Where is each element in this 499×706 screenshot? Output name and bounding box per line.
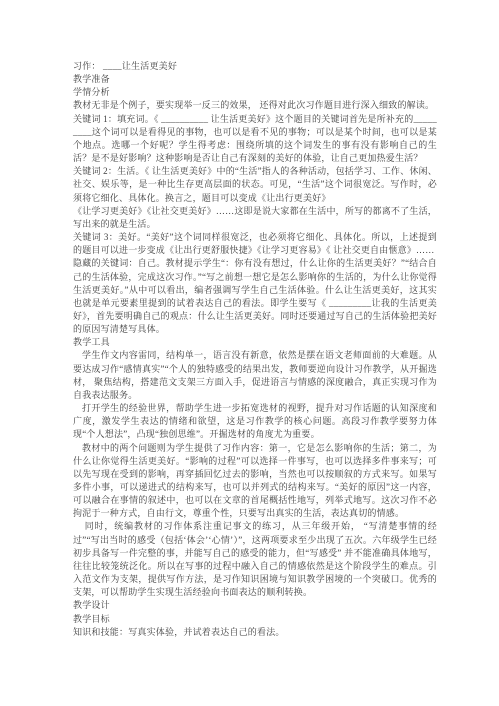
para-textbook-two-questions: 教材中的两个问题则为学生提供了习作内容：第一，它是怎么影响你的生活；第二，为什么… — [73, 442, 437, 521]
document-text-body: 习作： ____让生活更美好 教学准备 学情分析 教材无非是个例子，要实现举一反… — [73, 60, 437, 639]
para-keyword-2-continued: 《让学习更美好》《让社交更美好》……这即是说大家都在生活中，所写的都离不了生活，… — [73, 205, 437, 231]
heading-teaching-prep: 教学准备 — [73, 73, 437, 86]
para-keyword-3: 关键词 3：美好。“美好”这个词同样很宽泛，也必须将它细化、具体化。所以，上述提… — [73, 231, 437, 257]
para-student-writing-issues: 学生作文内容雷同，结构单一，语言没有新意，依然是摆在语文老师面前的大难题。从要达… — [73, 349, 437, 402]
document-page: 习作： ____让生活更美好 教学准备 学情分析 教材无非是个例子，要实现举一反… — [0, 0, 499, 706]
para-unified-textbook-system: 同时，统编教材的习作体系注重记事文的练习，从三年级开始， “写清楚事情的经过”“… — [73, 520, 437, 599]
para-open-experience-world: 打开学生的经验世界，帮助学生进一步拓宽选材的视野，提升对习作话题的认知深度和广度… — [73, 402, 437, 441]
para-textbook-example: 教材无非是个例子，要实现举一反三的效果， 还得对此次习作题目进行深入细致的解读。 — [73, 99, 437, 112]
doc-title-line: 习作： ____让生活更美好 — [73, 60, 437, 73]
heading-learner-analysis: 学情分析 — [73, 86, 437, 99]
heading-teaching-design: 教学设计 — [73, 599, 437, 612]
heading-teaching-tools: 教学工具 — [73, 336, 437, 349]
para-keyword-1: 关键词 1：填充词。《 __________ 让生活更美好》这个题目的关键词首先… — [73, 113, 437, 166]
heading-teaching-goals: 教学目标 — [73, 613, 437, 626]
para-knowledge-and-skills: 知识和技能：写真实体验，并试着表达自己的看法。 — [73, 626, 437, 639]
para-hidden-keyword: 隐藏的关键词：自己。教材提示学生“：你有没有想过，什么让你的生活更美好？”“结合… — [73, 257, 437, 336]
para-keyword-2: 关键词 2：生活。《 让生活更美好》中的“生活”指人的各种活动，包括学习、工作、… — [73, 165, 437, 204]
